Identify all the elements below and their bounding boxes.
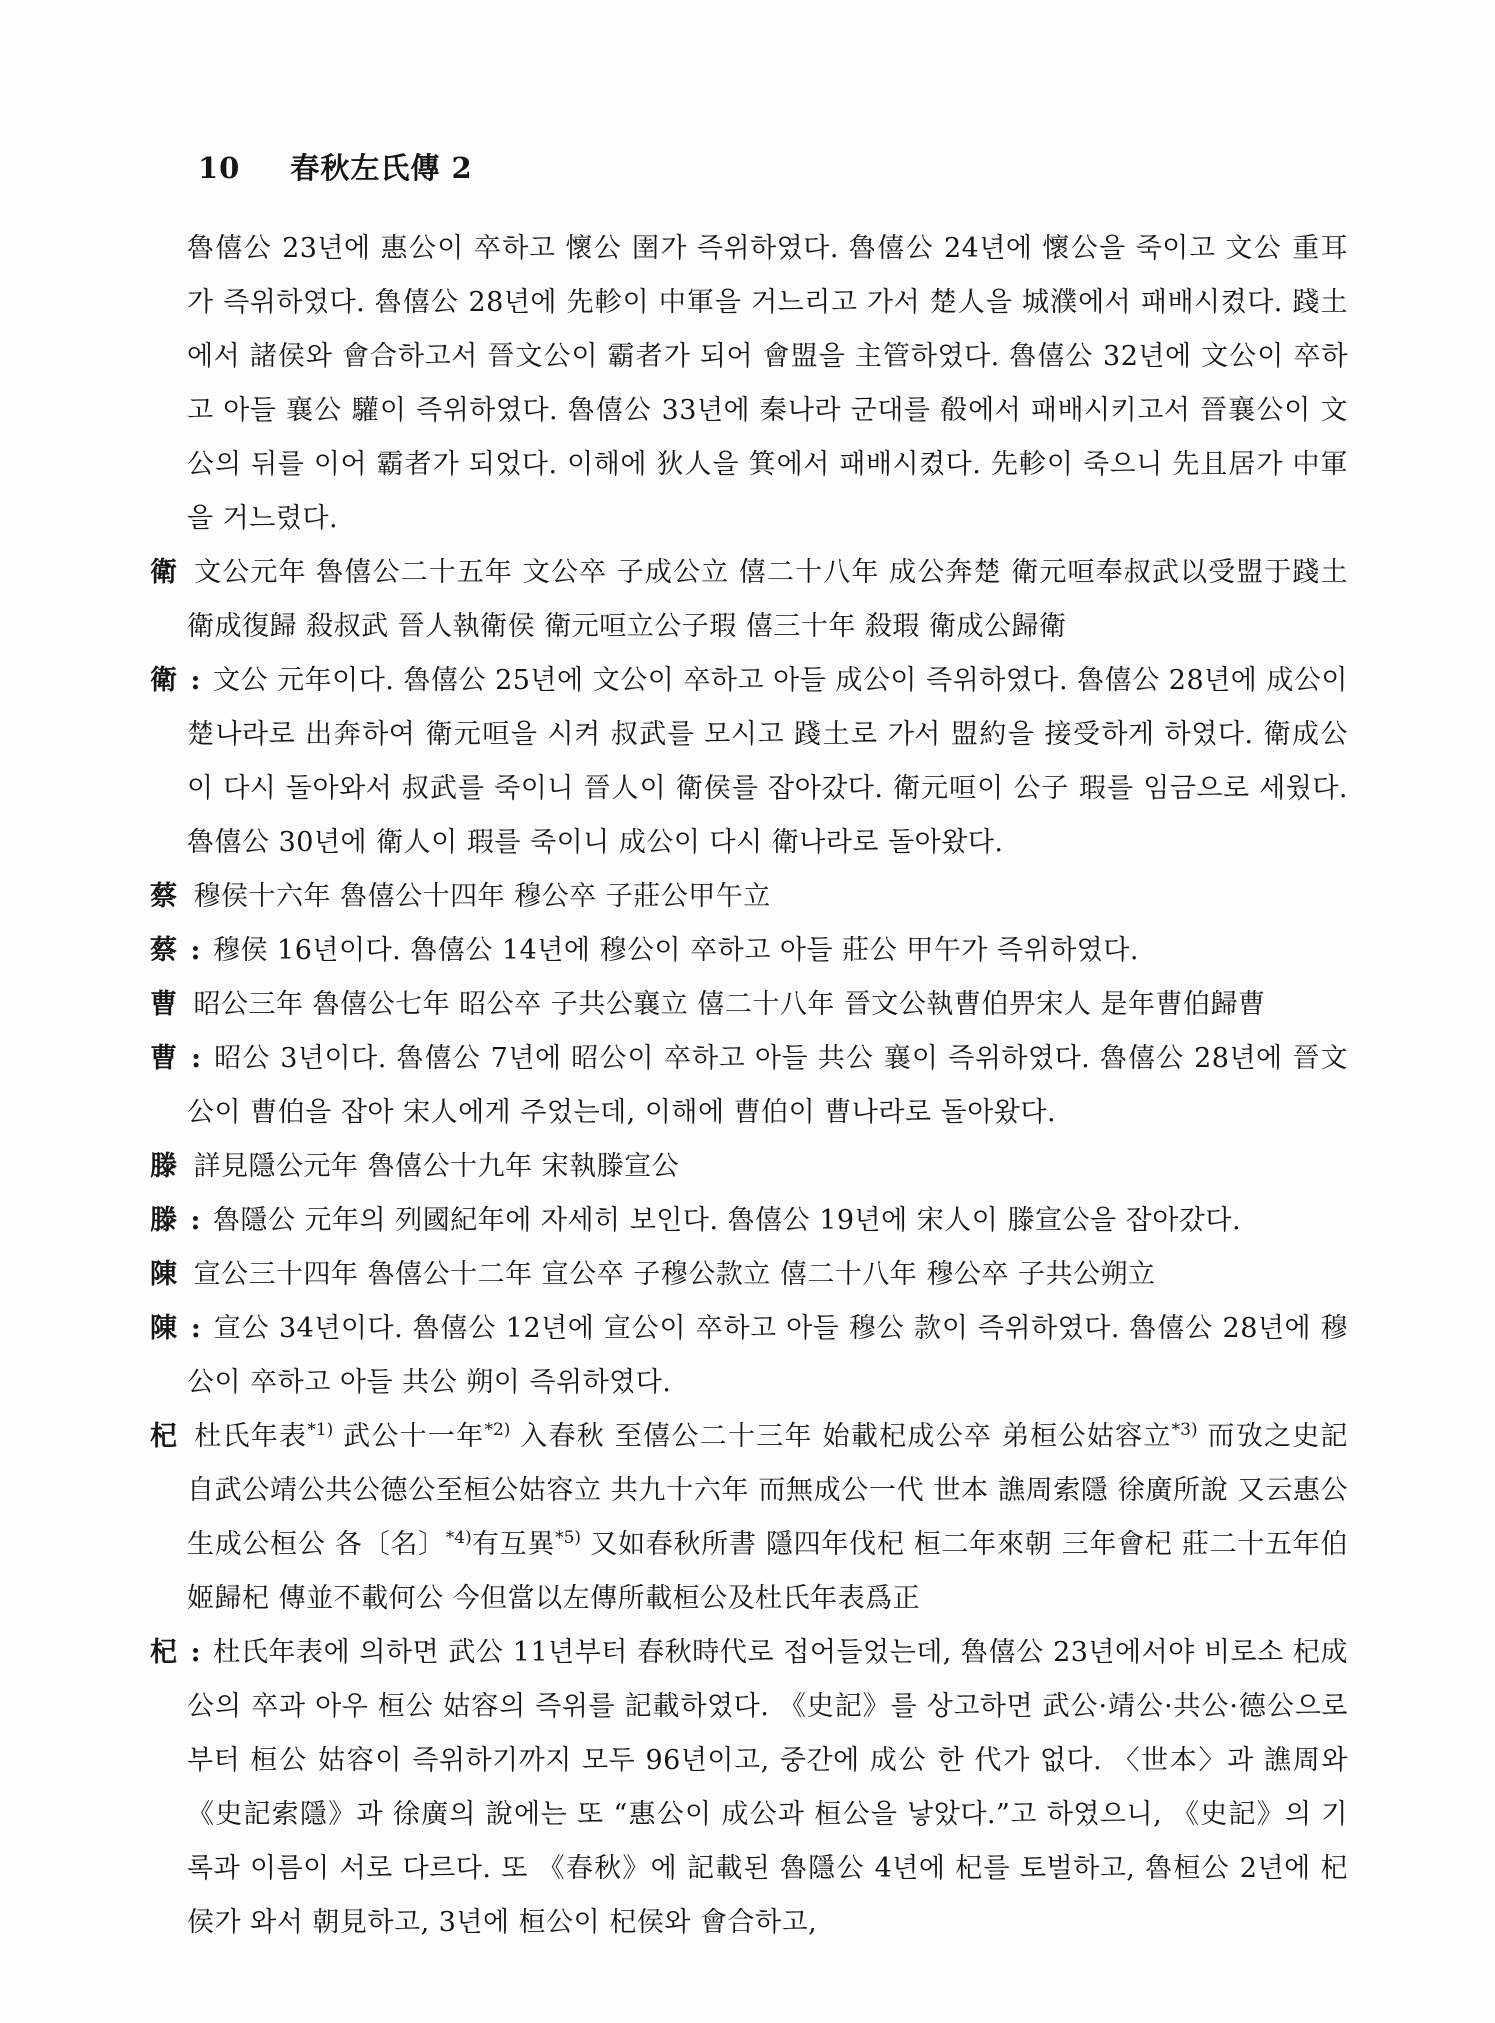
paragraph-cai-source: 蔡穆侯十六年 魯僖公十四年 穆公卒 子莊公甲午立	[150, 870, 1348, 924]
state-label-qi: 杞	[150, 1421, 178, 1452]
page-number: 10	[198, 151, 240, 185]
paragraph-wei-source: 衛文公元年 魯僖公二十五年 文公卒 子成公立 僖二十八年 成公奔楚 衛元咺奉叔武…	[150, 546, 1348, 654]
state-label-wei: 衛	[150, 557, 178, 588]
paragraph-text: 杜氏年表에 의하면 武公 11년부터 春秋時代로 접어들었는데, 魯僖公 23년…	[187, 1637, 1348, 1938]
paragraph-text: 文公元年 魯僖公二十五年 文公卒 子成公立 僖二十八年 成公奔楚 衛元咺奉叔武以…	[187, 557, 1348, 642]
paragraph-text: 昭公三年 魯僖公七年 昭公卒 子共公襄立 僖二十八年 晉文公執曹伯畀宋人 是年曹…	[194, 989, 1266, 1020]
state-label-teng: 滕	[150, 1151, 178, 1182]
paragraph-chen-translation: 陳:宣公 34년이다. 魯僖公 12년에 宣公이 卒하고 아들 穆公 款이 즉위…	[150, 1302, 1348, 1410]
state-label-cao: 曹	[150, 989, 178, 1020]
book-title: 春秋左氏傳 2	[290, 151, 472, 185]
paragraph-text: 宣公三十四年 魯僖公十二年 宣公卒 子穆公款立 僖二十八年 穆公卒 子共公朔立	[194, 1259, 1156, 1290]
state-label-chen: 陳	[150, 1313, 178, 1344]
paragraph-qi-source: 杞杜氏年表*1) 武公十一年*2) 入春秋 至僖公二十三年 始載杞成公卒 弟桓公…	[150, 1410, 1348, 1626]
paragraph-text: 杜氏年表*1) 武公十一年*2) 入春秋 至僖公二十三年 始載杞成公卒 弟桓公姑…	[187, 1421, 1348, 1614]
paragraph-text: 文公 元年이다. 魯僖公 25년에 文公이 卒하고 아들 成公이 즉위하였다. …	[187, 665, 1348, 858]
paragraph-teng-source: 滕詳見隱公元年 魯僖公十九年 宋執滕宣公	[150, 1140, 1348, 1194]
paragraph-chen-source: 陳宣公三十四年 魯僖公十二年 宣公卒 子穆公款立 僖二十八年 穆公卒 子共公朔立	[150, 1248, 1348, 1302]
state-label-qi: 杞	[150, 1637, 178, 1668]
paragraph-qi-translation: 杞:杜氏年表에 의하면 武公 11년부터 春秋時代로 접어들었는데, 魯僖公 2…	[150, 1626, 1348, 1950]
label-separator: :	[191, 935, 201, 966]
label-separator: :	[191, 1637, 201, 1668]
label-separator: :	[191, 665, 201, 696]
state-label-teng: 滕	[150, 1205, 178, 1236]
paragraph-text: 詳見隱公元年 魯僖公十九年 宋執滕宣公	[194, 1151, 680, 1182]
paragraph-text: 穆侯十六年 魯僖公十四年 穆公卒 子莊公甲午立	[194, 881, 771, 912]
paragraph-teng-translation: 滕:魯隱公 元年의 列國紀年에 자세히 보인다. 魯僖公 19년에 宋人이 滕宣…	[150, 1194, 1348, 1248]
paragraph-text: 昭公 3년이다. 魯僖公 7년에 昭公이 卒하고 아들 共公 襄이 즉위하였다.…	[187, 1043, 1348, 1128]
label-separator: :	[191, 1313, 201, 1344]
state-label-cai: 蔡	[150, 935, 178, 966]
state-label-cao: 曹	[150, 1043, 178, 1074]
paragraph-cao-source: 曹昭公三年 魯僖公七年 昭公卒 子共公襄立 僖二十八年 晉文公執曹伯畀宋人 是年…	[150, 978, 1348, 1032]
paragraph-text: 穆侯 16년이다. 魯僖公 14년에 穆公이 卒하고 아들 莊公 甲午가 즉위하…	[213, 935, 1139, 966]
page-body: 魯僖公 23년에 惠公이 卒하고 懷公 圉가 즉위하였다. 魯僖公 24년에 懷…	[150, 222, 1348, 1950]
paragraph-wei-translation: 衛:文公 元年이다. 魯僖公 25년에 文公이 卒하고 아들 成公이 즉위하였다…	[150, 654, 1348, 870]
paragraph-text: 魯僖公 23년에 惠公이 卒하고 懷公 圉가 즉위하였다. 魯僖公 24년에 懷…	[187, 233, 1348, 534]
running-head: 10春秋左氏傳 2	[198, 146, 473, 187]
paragraph-lu-translation-continued: 魯僖公 23년에 惠公이 卒하고 懷公 圉가 즉위하였다. 魯僖公 24년에 懷…	[187, 222, 1348, 546]
state-label-wei: 衛	[150, 665, 178, 696]
scanned-book-page: 10春秋左氏傳 2 魯僖公 23년에 惠公이 卒하고 懷公 圉가 즉위하였다. …	[0, 0, 1495, 2023]
label-separator: :	[191, 1043, 201, 1074]
state-label-chen: 陳	[150, 1259, 178, 1290]
paragraph-cao-translation: 曹:昭公 3년이다. 魯僖公 7년에 昭公이 卒하고 아들 共公 襄이 즉위하였…	[150, 1032, 1348, 1140]
paragraph-cai-translation: 蔡:穆侯 16년이다. 魯僖公 14년에 穆公이 卒하고 아들 莊公 甲午가 즉…	[150, 924, 1348, 978]
paragraph-text: 魯隱公 元年의 列國紀年에 자세히 보인다. 魯僖公 19년에 宋人이 滕宣公을…	[213, 1205, 1241, 1236]
paragraph-text: 宣公 34년이다. 魯僖公 12년에 宣公이 卒하고 아들 穆公 款이 즉위하였…	[187, 1313, 1348, 1398]
state-label-cai: 蔡	[150, 881, 178, 912]
label-separator: :	[191, 1205, 201, 1236]
